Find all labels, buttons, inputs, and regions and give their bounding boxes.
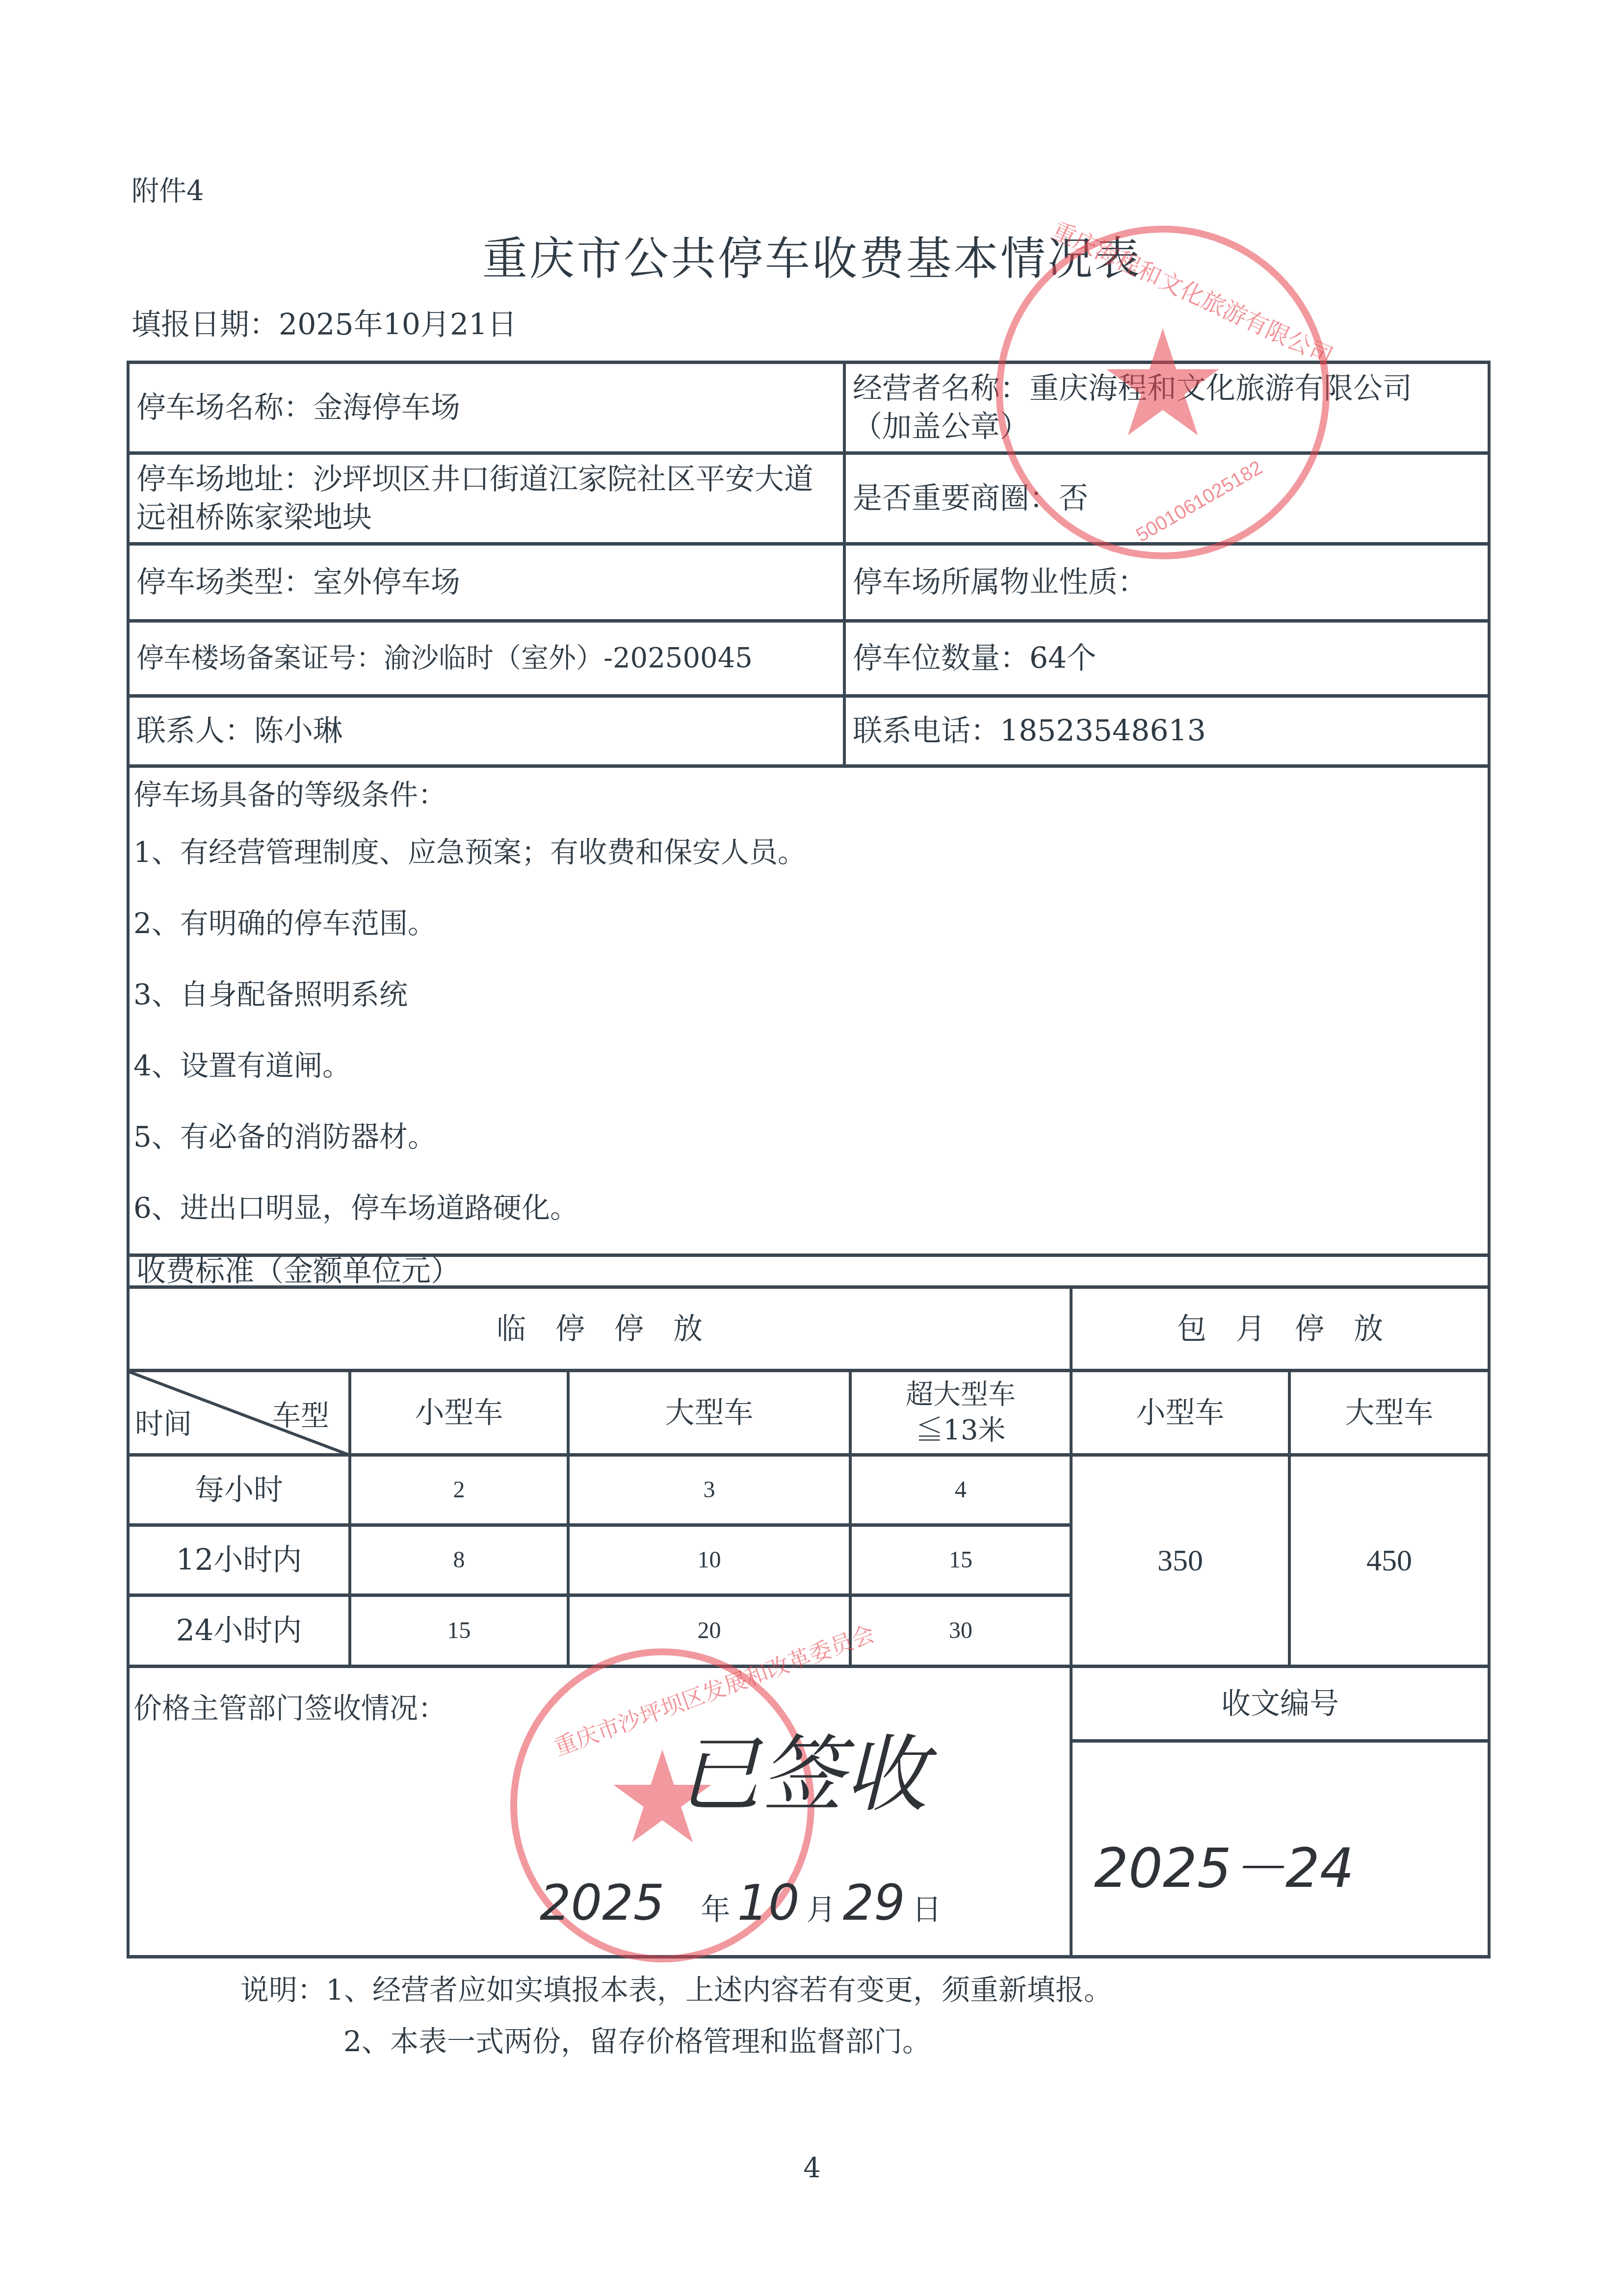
fee-value: 2 (351, 1457, 567, 1523)
condition-item: 2、有明确的停车范围。 (133, 888, 806, 959)
doc-number: 2025－24 (1094, 1825, 1354, 1903)
fee-value: 4 (852, 1457, 1070, 1523)
fill-date: 填报日期：2025年10月21日 (131, 307, 517, 343)
contact-phone: 联系电话：18523548613 (846, 698, 1488, 764)
operator-note: （加盖公章） (853, 408, 1412, 446)
lot-address: 停车场地址：沙坪坝区井口街道江家院社区平安大道远祖桥陈家梁地块 (130, 455, 841, 542)
lot-type: 停车场类型：室外停车场 (130, 546, 841, 619)
condition-item: 5、有必备的消防器材。 (133, 1101, 806, 1173)
condition-item: 1、有经营管理制度、应急预案；有收费和保安人员。 (133, 817, 806, 888)
fee-value: 3 (570, 1457, 849, 1523)
col-small-car: 小型车 (351, 1372, 567, 1453)
corner-type-label: 车型 (272, 1392, 329, 1434)
contact-person: 联系人：陈小琳 (130, 698, 841, 764)
fee-standard-label: 收费标准（金额单位元） (130, 1257, 1013, 1285)
temporary-parking-header: 临 停 停 放 (130, 1289, 1070, 1369)
conditions-section: 停车场具备的等级条件： 1、有经营管理制度、应急预案；有收费和保安人员。 2、有… (133, 773, 806, 1244)
signoff-date: 2025 年 10 月 29 日 (540, 1874, 942, 1931)
row-label-hourly: 每小时 (130, 1457, 348, 1523)
conditions-title: 停车场具备的等级条件： (133, 773, 806, 817)
date-day-suffix: 日 (912, 1886, 942, 1929)
date-month: 10 (737, 1874, 800, 1931)
row-divider (127, 1593, 1070, 1597)
note-line-2: 2、本表一式两份，留存价格管理和监督部门。 (343, 2024, 931, 2060)
monthly-large-car-fee: 450 (1291, 1457, 1488, 1665)
lot-name: 停车场名称：金海停车场 (130, 364, 841, 451)
condition-item: 6、进出口明显，停车场道路硬化。 (133, 1173, 806, 1244)
condition-item: 4、设置有道闸。 (133, 1030, 806, 1101)
space-count: 停车位数量：64个 (846, 623, 1488, 694)
condition-item: 3、自身配备照明系统 (133, 959, 806, 1030)
row-divider (127, 694, 1491, 698)
table-border-bottom (127, 1955, 1491, 1958)
row-label-12h: 12小时内 (130, 1527, 348, 1593)
col-oversize-car: 超大型车 ≦13米 (852, 1372, 1070, 1453)
fee-value: 8 (351, 1527, 567, 1593)
row-divider (127, 1523, 1070, 1527)
attachment-label: 附件4 (131, 174, 204, 209)
monthly-small-car-fee: 350 (1073, 1457, 1288, 1665)
row-divider (127, 619, 1491, 623)
table-border-top (127, 361, 1491, 364)
col-large-car: 大型车 (570, 1372, 849, 1453)
row-divider (1070, 1739, 1491, 1743)
operator-cell: 经营者名称：重庆海程和文化旅游有限公司 （加盖公章） (846, 364, 1488, 451)
doc-number-label: 收文编号 (1073, 1668, 1488, 1739)
row-divider (127, 764, 1491, 768)
table-border-right (1488, 361, 1491, 1958)
row-label-24h: 24小时内 (130, 1597, 348, 1665)
fee-value: 15 (351, 1597, 567, 1665)
row-divider (127, 1453, 1491, 1457)
row-divider (127, 1369, 1491, 1372)
page-title: 重庆市公共停车收费基本情况表 (0, 231, 1624, 287)
date-day: 29 (843, 1874, 905, 1931)
handwritten-signoff: 已签收 (677, 1707, 927, 1827)
date-month-suffix: 月 (807, 1886, 836, 1929)
date-year-suffix: 年 (701, 1886, 731, 1929)
page-number: 4 (0, 2151, 1624, 2186)
signoff-label: 价格主管部门签收情况： (133, 1685, 446, 1726)
corner-time-label: 时间 (135, 1401, 192, 1442)
col-monthly-large-car: 大型车 (1291, 1372, 1488, 1453)
fee-value: 30 (852, 1597, 1070, 1665)
note-line-1: 说明：1、经营者应如实填报本表，上述内容若有变更，须重新填报。 (240, 1972, 1112, 2008)
col-monthly-small-car: 小型车 (1073, 1372, 1288, 1453)
property-nature: 停车场所属物业性质： (846, 546, 1488, 619)
operator-name: 经营者名称：重庆海程和文化旅游有限公司 (853, 369, 1412, 408)
date-year: 2025 (540, 1874, 665, 1931)
monthly-parking-header: 包 月 停 放 (1073, 1289, 1488, 1369)
fee-value: 15 (852, 1527, 1070, 1593)
filing-number: 停车楼场备案证号：渝沙临时（室外）-20250045 (130, 623, 846, 694)
row-divider (127, 451, 1491, 455)
row-divider (127, 542, 1491, 546)
fee-value: 10 (570, 1527, 849, 1593)
